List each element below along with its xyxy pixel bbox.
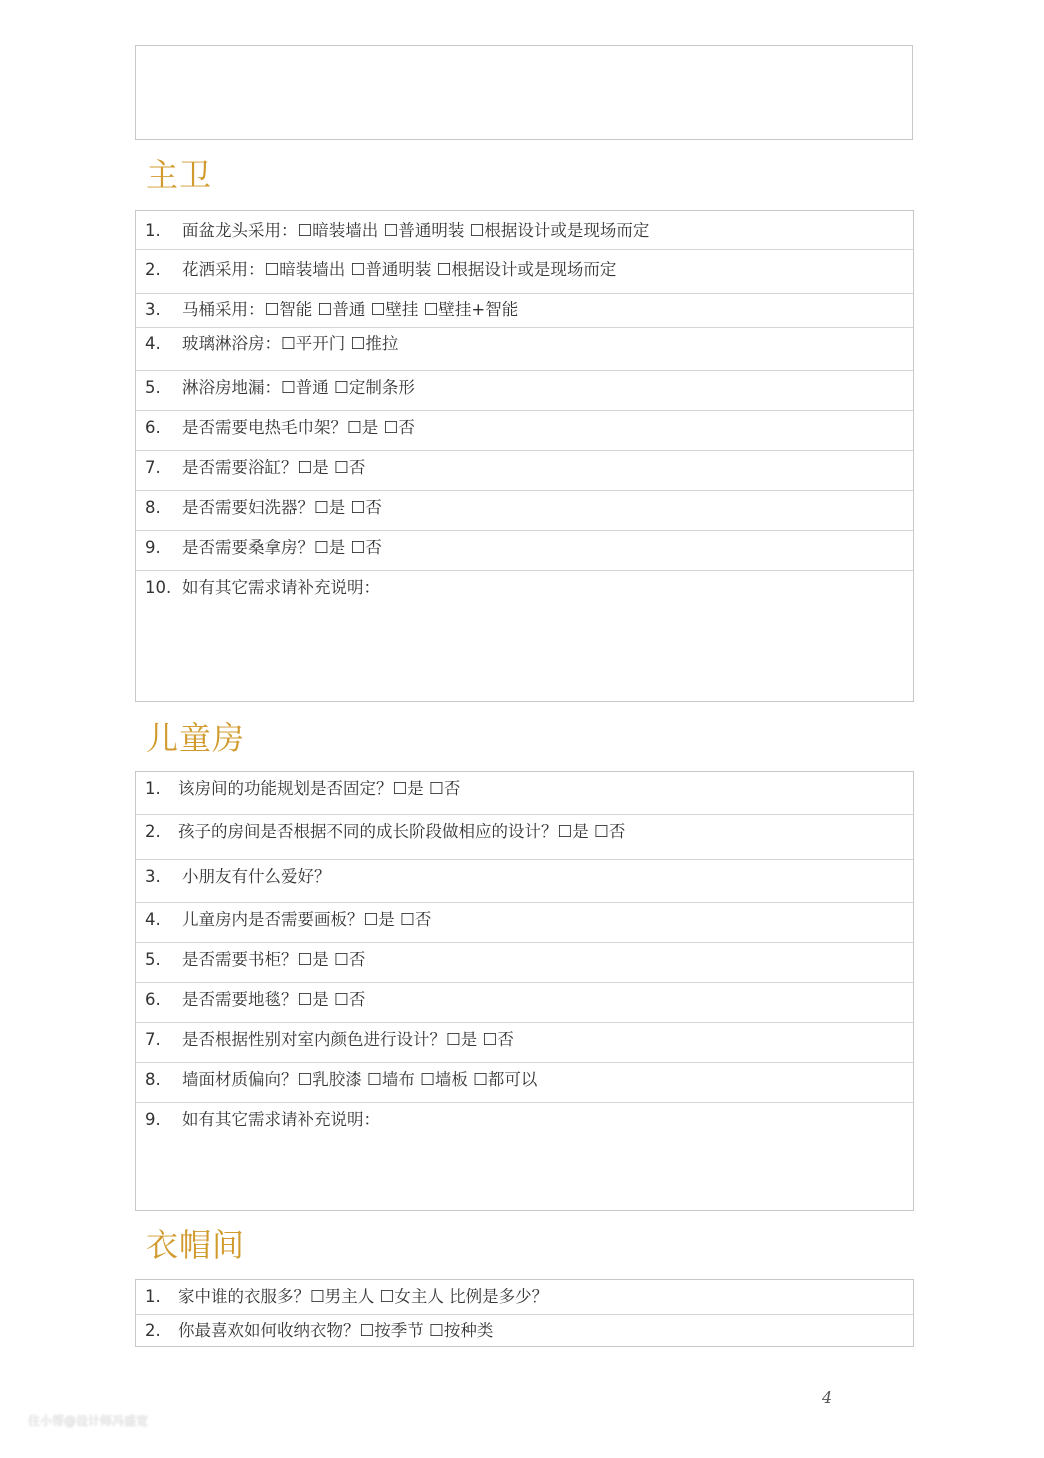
table-row[interactable]: 6.是否需要电热毛巾架？☐是 ☐否 [136,410,913,450]
item-text: 是否需要桑拿房？☐是 ☐否 [182,538,382,558]
item-number: 1. [145,1287,161,1307]
item-text: 是否需要妇洗器？☐是 ☐否 [182,498,382,518]
table-row[interactable]: 7.是否需要浴缸？☐是 ☐否 [136,450,913,490]
table-row[interactable]: 4.儿童房内是否需要画板？☐是 ☐否 [136,902,913,942]
item-text: 面盆龙头采用：☐暗装墙出 ☐普通明装 ☐根据设计或是现场而定 [182,221,649,241]
table-row[interactable]: 8.墙面材质偏向？☐乳胶漆 ☐墙布 ☐墙板 ☐都可以 [136,1062,913,1102]
item-number: 6. [145,418,161,438]
item-text: 是否需要书柜？☐是 ☐否 [182,950,365,970]
item-text: 如有其它需求请补充说明： [182,578,380,598]
walk-in-closet-table: 1.家中谁的衣服多？☐男主人 ☐女主人 比例是多少？ 2.你最喜欢如何收纳衣物？… [135,1279,914,1347]
item-text: 马桶采用：☐智能 ☐普通 ☐壁挂 ☐壁挂+智能 [182,300,518,320]
item-text: 儿童房内是否需要画板？☐是 ☐否 [182,910,431,930]
table-row[interactable]: 9.是否需要桑拿房？☐是 ☐否 [136,530,913,570]
item-text: 是否需要浴缸？☐是 ☐否 [182,458,365,478]
item-number: 1. [145,779,161,799]
kids-room-table: 1.该房间的功能规划是否固定？☐是 ☐否 2.孩子的房间是否根据不同的成长阶段做… [135,771,914,1211]
table-row[interactable]: 2.孩子的房间是否根据不同的成长阶段做相应的设计？☐是 ☐否 [136,814,913,859]
section-title-kids-room: 儿童房 [146,718,245,758]
table-row-notes[interactable]: 10.如有其它需求请补充说明： [136,570,913,701]
table-row[interactable]: 5.是否需要书柜？☐是 ☐否 [136,942,913,982]
item-number: 2. [145,260,161,280]
table-row[interactable]: 1.面盆龙头采用：☐暗装墙出 ☐普通明装 ☐根据设计或是现场而定 [136,211,913,249]
table-row[interactable]: 1.该房间的功能规划是否固定？☐是 ☐否 [136,772,913,814]
table-row[interactable]: 1.家中谁的衣服多？☐男主人 ☐女主人 比例是多少？ [136,1280,913,1314]
item-number: 7. [145,458,161,478]
item-number: 6. [145,990,161,1010]
item-number: 1. [145,221,161,241]
table-row[interactable]: 8.是否需要妇洗器？☐是 ☐否 [136,490,913,530]
item-number: 8. [145,498,161,518]
item-text: 小朋友有什么爱好？ [182,867,331,887]
item-number: 9. [145,538,161,558]
table-row[interactable]: 4.玻璃淋浴房：☐平开门 ☐推拉 [136,327,913,370]
empty-notes-box[interactable] [135,45,913,140]
page-number: 4 [822,1388,832,1407]
table-row[interactable]: 6.是否需要地毯？☐是 ☐否 [136,982,913,1022]
item-text: 墙面材质偏向？☐乳胶漆 ☐墙布 ☐墙板 ☐都可以 [182,1070,537,1090]
item-number: 5. [145,378,161,398]
item-text: 是否需要电热毛巾架？☐是 ☐否 [182,418,415,438]
table-row-notes[interactable]: 9.如有其它需求请补充说明： [136,1102,913,1210]
item-number: 9. [145,1110,161,1130]
item-text: 孩子的房间是否根据不同的成长阶段做相应的设计？☐是 ☐否 [178,822,625,842]
item-text: 淋浴房地漏：☐普通 ☐定制条形 [182,378,415,398]
item-text: 如有其它需求请补充说明： [182,1110,380,1130]
item-number: 3. [145,300,161,320]
table-row[interactable]: 2.花洒采用：☐暗装墙出 ☐普通明装 ☐根据设计或是现场而定 [136,249,913,293]
watermark: 住小帮@设计师冯盛宽 [28,1412,148,1429]
section-title-master-bathroom: 主卫 [146,155,212,195]
item-text: 是否根据性别对室内颜色进行设计？☐是 ☐否 [182,1030,514,1050]
item-number: 4. [145,910,161,930]
item-number: 3. [145,867,161,887]
item-text: 你最喜欢如何收纳衣物？☐按季节 ☐按种类 [178,1321,493,1341]
table-row[interactable]: 5.淋浴房地漏：☐普通 ☐定制条形 [136,370,913,410]
item-number: 7. [145,1030,161,1050]
item-text: 家中谁的衣服多？☐男主人 ☐女主人 比例是多少？ [178,1287,548,1307]
item-text: 该房间的功能规划是否固定？☐是 ☐否 [178,779,460,799]
item-number: 4. [145,334,161,354]
table-row[interactable]: 2.你最喜欢如何收纳衣物？☐按季节 ☐按种类 [136,1314,913,1346]
item-text: 花洒采用：☐暗装墙出 ☐普通明装 ☐根据设计或是现场而定 [182,260,616,280]
item-text: 是否需要地毯？☐是 ☐否 [182,990,365,1010]
master-bathroom-table: 1.面盆龙头采用：☐暗装墙出 ☐普通明装 ☐根据设计或是现场而定 2.花洒采用：… [135,210,914,702]
table-row[interactable]: 3.小朋友有什么爱好？ [136,859,913,902]
table-row[interactable]: 3.马桶采用：☐智能 ☐普通 ☐壁挂 ☐壁挂+智能 [136,293,913,327]
item-number: 2. [145,822,161,842]
item-number: 8. [145,1070,161,1090]
item-number: 5. [145,950,161,970]
item-number: 10. [145,578,171,598]
item-number: 2. [145,1321,161,1341]
section-title-walk-in-closet: 衣帽间 [146,1225,245,1265]
table-row[interactable]: 7.是否根据性别对室内颜色进行设计？☐是 ☐否 [136,1022,913,1062]
item-text: 玻璃淋浴房：☐平开门 ☐推拉 [182,334,398,354]
